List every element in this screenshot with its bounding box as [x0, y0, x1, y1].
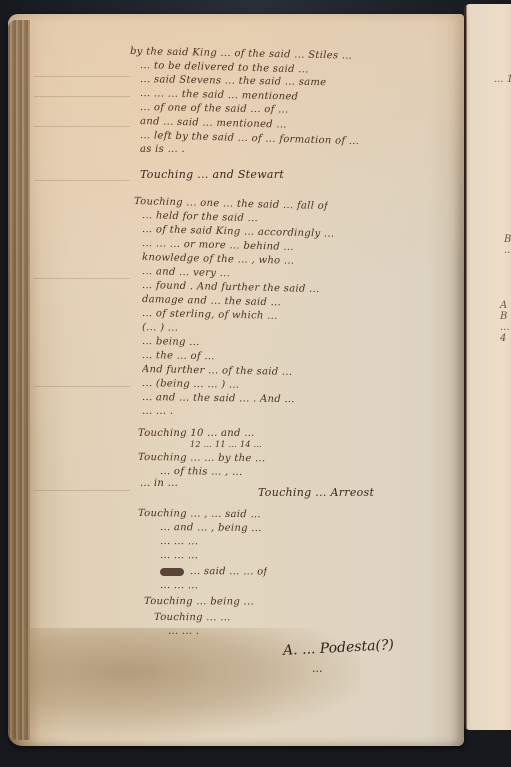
text-line: Touching ... , ... said ...	[138, 508, 261, 523]
faint-ruling	[34, 180, 130, 181]
section-heading: Touching ... and Stewart	[140, 168, 284, 182]
right-page-mark: B ...	[504, 234, 511, 256]
text-line: ... ... .	[142, 406, 173, 420]
faint-ruling	[34, 386, 130, 387]
faint-ruling	[34, 490, 130, 491]
text-line: ... ... ...	[160, 536, 198, 550]
text-line: ... being ...	[142, 336, 200, 351]
text-line: Touching ... ...	[154, 612, 231, 626]
page-edges	[8, 20, 30, 740]
faint-ruling	[34, 278, 130, 279]
text-line: ... and ... , being ...	[160, 522, 262, 537]
text-line: ... said ... ... of	[190, 566, 268, 581]
text-line: as is ... .	[140, 144, 185, 158]
faint-ruling	[34, 96, 130, 97]
text-line: ... ... ...	[160, 580, 198, 594]
item-line: ... in ...	[140, 478, 178, 492]
text-line: ... the ... of ...	[142, 350, 215, 365]
facing-right-page: ... 1 B ... A B ... 4	[464, 4, 511, 730]
text-line: (... ) ...	[142, 322, 179, 337]
item-line: Touching ... ... by the ...	[138, 452, 266, 467]
faint-ruling	[34, 76, 130, 77]
faint-ruling	[34, 126, 130, 127]
ink-blot	[160, 568, 184, 576]
section-heading: Touching ... Arreost	[258, 486, 374, 500]
text-line: ... ... ...	[160, 550, 198, 564]
text-line: Touching ... being ...	[144, 596, 254, 611]
signature-subscript: ...	[312, 662, 323, 675]
text-line: ... ... .	[168, 626, 199, 640]
right-page-mark: A B ... 4	[500, 300, 511, 344]
right-page-mark: ... 1	[494, 74, 511, 85]
